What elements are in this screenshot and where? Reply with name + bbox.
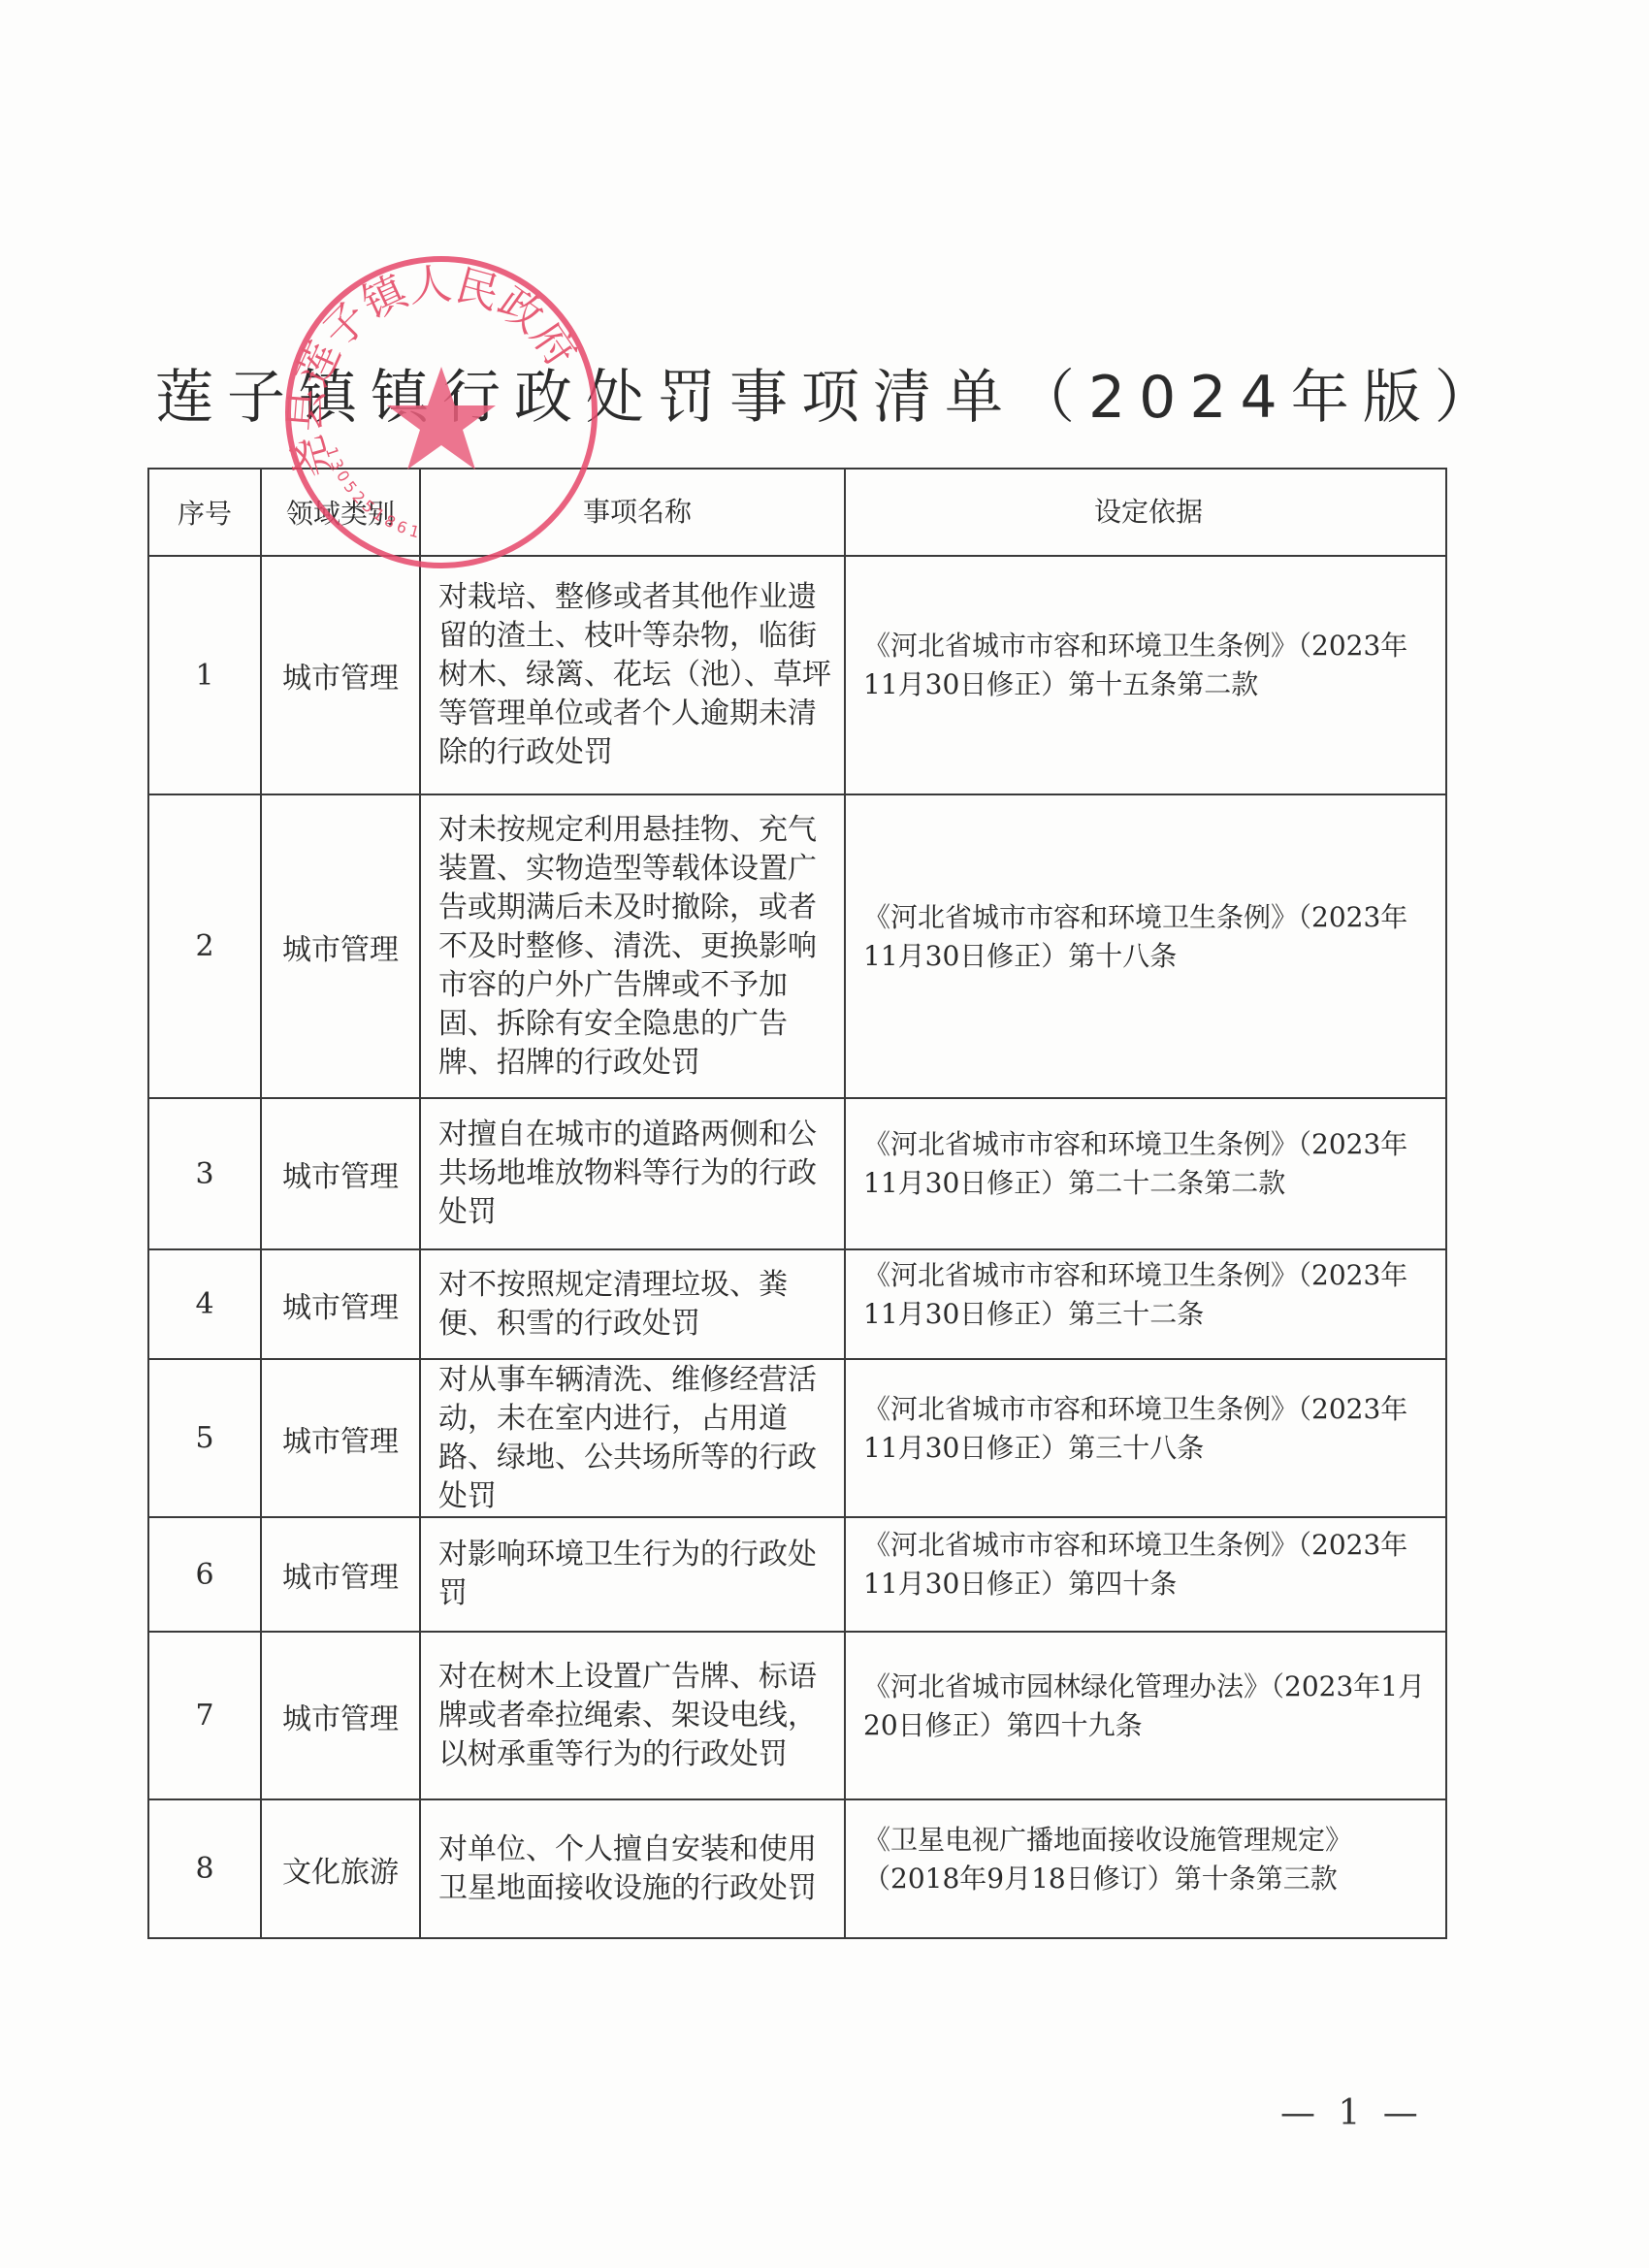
cell-item-name: 对影响环境卫生行为的行政处罚: [420, 1517, 845, 1632]
table-row: 7 城市管理 对在树木上设置广告牌、标语牌或者牵拉绳索、架设电线，以树承重等行为…: [148, 1632, 1446, 1799]
header-domain-category: 领域类别: [261, 469, 420, 556]
cell-serial-number: 7: [148, 1632, 261, 1799]
legal-basis-text: 《河北省城市市容和环境卫生条例》（2023年11月30日修正）第二十二条第二款: [863, 1125, 1434, 1203]
legal-basis-text: 《河北省城市园林绿化管理办法》（2023年1月20日修正）第四十九条: [863, 1668, 1434, 1745]
cell-domain-category: 城市管理: [261, 1098, 420, 1249]
table-row: 4 城市管理 对不按照规定清理垃圾、粪便、积雪的行政处罚 《河北省城市市容和环境…: [148, 1249, 1446, 1359]
cell-legal-basis: 《河北省城市市容和环境卫生条例》（2023年11月30日修正）第四十条: [845, 1517, 1446, 1632]
cell-serial-number: 5: [148, 1359, 261, 1517]
cell-serial-number: 4: [148, 1249, 261, 1359]
page-number: — 1 —: [1280, 2093, 1424, 2133]
cell-item-name: 对单位、个人擅自安装和使用卫星地面接收设施的行政处罚: [420, 1799, 845, 1938]
table-header-row: 序号 领域类别 事项名称 设定依据: [148, 469, 1446, 556]
cell-domain-category: 城市管理: [261, 556, 420, 794]
header-serial-number: 序号: [148, 469, 261, 556]
legal-basis-text: 《河北省城市市容和环境卫生条例》（2023年11月30日修正）第十八条: [863, 898, 1434, 976]
cell-serial-number: 3: [148, 1098, 261, 1249]
cell-legal-basis: 《河北省城市园林绿化管理办法》（2023年1月20日修正）第四十九条: [845, 1632, 1446, 1799]
cell-legal-basis: 《河北省城市市容和环境卫生条例》（2023年11月30日修正）第三十八条: [845, 1359, 1446, 1517]
table-row: 5 城市管理 对从事车辆清洗、维修经营活动，未在室内进行，占用道路、绿地、公共场…: [148, 1359, 1446, 1517]
cell-item-name: 对栽培、整修或者其他作业遗留的渣土、枝叶等杂物，临街树木、绿篱、花坛（池）、草坪…: [420, 556, 845, 794]
legal-basis-text: 《河北省城市市容和环境卫生条例》（2023年11月30日修正）第四十条: [863, 1526, 1434, 1604]
legal-basis-text: 《河北省城市市容和环境卫生条例》（2023年11月30日修正）第十五条第二款: [863, 627, 1434, 704]
table-row: 8 文化旅游 对单位、个人擅自安装和使用卫星地面接收设施的行政处罚 《卫星电视广…: [148, 1799, 1446, 1938]
header-item-name: 事项名称: [420, 469, 845, 556]
cell-serial-number: 8: [148, 1799, 261, 1938]
legal-basis-text: 《卫星电视广播地面接收设施管理规定》（2018年9月18日修订）第十条第三款: [863, 1821, 1434, 1898]
cell-item-name: 对未按规定利用悬挂物、充气装置、实物造型等载体设置广告或期满后未及时撤除，或者不…: [420, 794, 845, 1098]
table-row: 1 城市管理 对栽培、整修或者其他作业遗留的渣土、枝叶等杂物，临街树木、绿篱、花…: [148, 556, 1446, 794]
cell-serial-number: 1: [148, 556, 261, 794]
table-row: 2 城市管理 对未按规定利用悬挂物、充气装置、实物造型等载体设置广告或期满后未及…: [148, 794, 1446, 1098]
cell-domain-category: 城市管理: [261, 794, 420, 1098]
cell-legal-basis: 《卫星电视广播地面接收设施管理规定》（2018年9月18日修订）第十条第三款: [845, 1799, 1446, 1938]
cell-domain-category: 城市管理: [261, 1249, 420, 1359]
cell-domain-category: 城市管理: [261, 1632, 420, 1799]
cell-legal-basis: 《河北省城市市容和环境卫生条例》（2023年11月30日修正）第三十二条: [845, 1249, 1446, 1359]
cell-domain-category: 文化旅游: [261, 1799, 420, 1938]
document-title: 莲子镇镇行政处罚事项清单（2024年版）: [155, 351, 1455, 435]
cell-item-name: 对擅自在城市的道路两侧和公共场地堆放物料等行为的行政处罚: [420, 1098, 845, 1249]
cell-item-name: 对不按照规定清理垃圾、粪便、积雪的行政处罚: [420, 1249, 845, 1359]
cell-domain-category: 城市管理: [261, 1359, 420, 1517]
legal-basis-text: 《河北省城市市容和环境卫生条例》（2023年11月30日修正）第三十二条: [863, 1256, 1434, 1334]
cell-item-name: 对在树木上设置广告牌、标语牌或者牵拉绳索、架设电线，以树承重等行为的行政处罚: [420, 1632, 845, 1799]
header-legal-basis: 设定依据: [845, 469, 1446, 556]
table-row: 3 城市管理 对擅自在城市的道路两侧和公共场地堆放物料等行为的行政处罚 《河北省…: [148, 1098, 1446, 1249]
cell-legal-basis: 《河北省城市市容和环境卫生条例》（2023年11月30日修正）第十五条第二款: [845, 556, 1446, 794]
penalty-items-table: 序号 领域类别 事项名称 设定依据 1 城市管理 对栽培、整修或者其他作业遗留的…: [147, 468, 1447, 1939]
table-row: 6 城市管理 对影响环境卫生行为的行政处罚 《河北省城市市容和环境卫生条例》（2…: [148, 1517, 1446, 1632]
legal-basis-text: 《河北省城市市容和环境卫生条例》（2023年11月30日修正）第三十八条: [863, 1390, 1434, 1468]
cell-legal-basis: 《河北省城市市容和环境卫生条例》（2023年11月30日修正）第十八条: [845, 794, 1446, 1098]
cell-item-name: 对从事车辆清洗、维修经营活动，未在室内进行，占用道路、绿地、公共场所等的行政处罚: [420, 1359, 845, 1517]
cell-legal-basis: 《河北省城市市容和环境卫生条例》（2023年11月30日修正）第二十二条第二款: [845, 1098, 1446, 1249]
cell-domain-category: 城市管理: [261, 1517, 420, 1632]
cell-serial-number: 2: [148, 794, 261, 1098]
cell-serial-number: 6: [148, 1517, 261, 1632]
